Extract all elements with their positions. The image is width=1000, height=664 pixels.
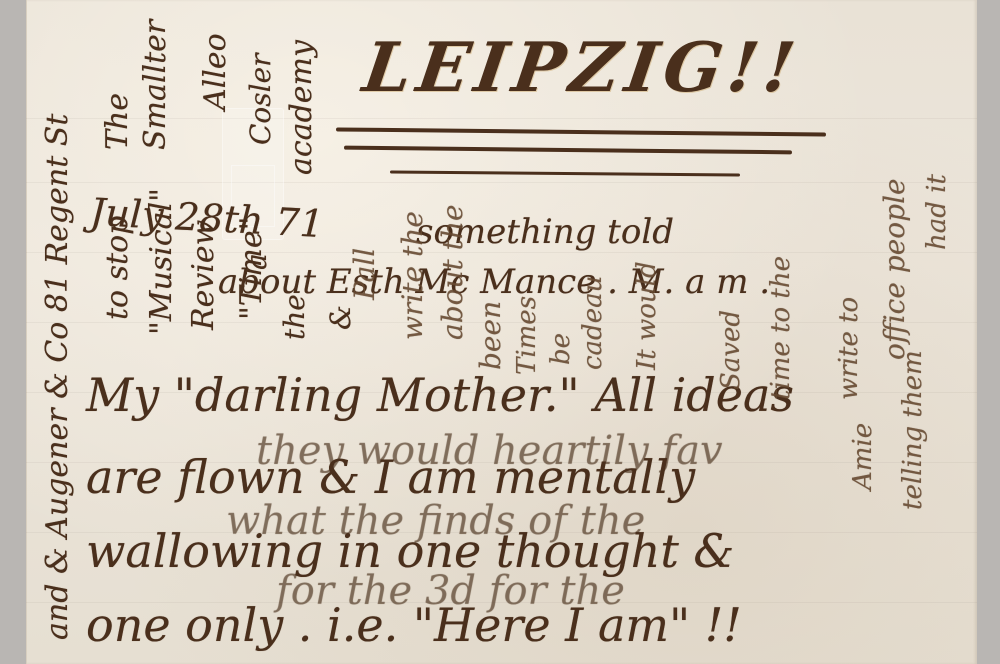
vertical-col-16: been bbox=[474, 301, 507, 370]
vertical-col-19: cadeau bbox=[578, 276, 608, 370]
vertical-col-1: The bbox=[100, 93, 135, 150]
letter-paper: they would heartily fav what the finds o… bbox=[26, 0, 977, 664]
vertical-col-12: & bbox=[324, 305, 357, 330]
vertical-col-15: about the bbox=[436, 204, 469, 340]
vertical-col-18: be bbox=[546, 333, 576, 365]
vertical-col-22: time to the bbox=[766, 256, 796, 400]
text-line-3: My "darling Mother." All ideas bbox=[86, 368, 794, 422]
vertical-col-10: the bbox=[278, 294, 311, 340]
text-line-5: wallowing in one thought & bbox=[86, 524, 734, 578]
vertical-col-14: write the bbox=[396, 211, 429, 340]
vertical-col-13: Pall bbox=[348, 248, 381, 300]
vertical-col-9: academy bbox=[284, 40, 319, 175]
vertical-left-margin: and & Augener & Co 81 Regent St bbox=[40, 114, 75, 640]
vertical-col-6: Review bbox=[186, 220, 221, 330]
heading-underline bbox=[336, 127, 826, 136]
vertical-col-21: Saved bbox=[716, 310, 746, 390]
vertical-col-23: write to bbox=[834, 297, 864, 400]
vertical-col-11: a bbox=[240, 253, 273, 270]
vertical-col-25: Amie bbox=[848, 423, 878, 490]
vertical-col-26: telling them bbox=[898, 350, 928, 510]
vertical-col-20: It would bbox=[632, 261, 662, 370]
heading-leipzig: LEIPZIG!! bbox=[358, 28, 805, 108]
heading-underline bbox=[390, 170, 740, 176]
paper-rule bbox=[26, 182, 977, 183]
vertical-col-4: "Musical" bbox=[144, 188, 179, 335]
vertical-col-7: Cosler bbox=[244, 53, 277, 145]
text-line-4: are flown & I am mentally bbox=[86, 450, 695, 504]
vertical-col-24: office people bbox=[878, 178, 911, 360]
vertical-col-2: to stop bbox=[100, 216, 135, 320]
vertical-col-27: had it bbox=[922, 174, 952, 250]
vertical-col-5: Alleo bbox=[198, 33, 233, 110]
heading-underline bbox=[344, 146, 792, 155]
vertical-col-3: Smallter bbox=[138, 20, 173, 150]
text-line-6: one only . i.e. "Here I am" !! bbox=[86, 598, 742, 652]
vertical-col-17: Times bbox=[512, 296, 542, 375]
